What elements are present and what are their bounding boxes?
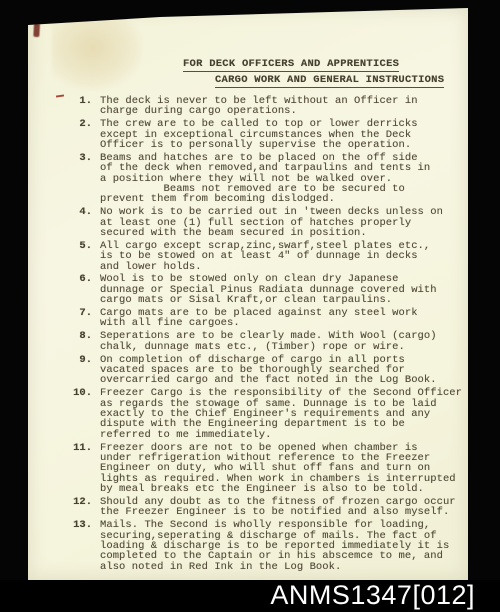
- instruction-item: 2. The crew are to be called to top or l…: [28, 119, 466, 150]
- item-text: The crew are to be called to top or lowe…: [100, 119, 418, 150]
- item-text: All cargo except scrap,zinc,swarf,steel …: [100, 241, 430, 272]
- item-number: 10.: [28, 388, 100, 440]
- instruction-item: 12. Should any doubt as to the fitness o…: [28, 497, 466, 518]
- instruction-item: 8. Seperations are to be clearly made. W…: [28, 331, 466, 352]
- item-text: Should any doubt as to the fitness of fr…: [100, 497, 456, 518]
- paper-stain: [52, 20, 142, 90]
- item-number: 11.: [28, 443, 100, 495]
- item-number: 4.: [28, 207, 100, 238]
- archive-footer-band: ANMS1347[012]: [0, 580, 500, 612]
- instruction-item: 13. Mails. The Second is wholly responsi…: [28, 520, 466, 572]
- document-page: FOR DECK OFFICERS AND APPRENTICES CARGO …: [28, 8, 468, 580]
- item-text: The deck is never to be left without an …: [100, 96, 418, 117]
- instruction-item: 4. No work is to be carried out in 'twee…: [28, 207, 466, 238]
- instruction-item: 10. Freezer Cargo is the responsibility …: [28, 388, 466, 440]
- item-text: Beams and hatches are to be placed on th…: [100, 153, 430, 205]
- instruction-item: 11. Freezer doors are not to be opened w…: [28, 443, 466, 495]
- item-number: 1.: [28, 96, 100, 117]
- item-number: 6.: [28, 274, 100, 305]
- instruction-list: 1. The deck is never to be left without …: [28, 96, 466, 575]
- catalog-number-label: ANMS1347[012]: [270, 580, 475, 610]
- item-text: Freezer Cargo is the responsibility of t…: [100, 388, 462, 440]
- item-number: 12.: [28, 497, 100, 518]
- instruction-item: 7. Cargo mats are to be placed against a…: [28, 308, 466, 329]
- item-text: No work is to be carried out in 'tween d…: [100, 207, 443, 238]
- item-text: On completion of discharge of cargo in a…: [100, 355, 437, 386]
- item-text: Cargo mats are to be placed against any …: [100, 308, 418, 329]
- item-number: 9.: [28, 355, 100, 386]
- instruction-item: 1. The deck is never to be left without …: [28, 96, 466, 117]
- red-corner-mark: [33, 10, 40, 37]
- instruction-item: 6. Wool is to be stowed only on clean dr…: [28, 274, 466, 305]
- item-number: 5.: [28, 241, 100, 272]
- instruction-item: 5. All cargo except scrap,zinc,swarf,ste…: [28, 241, 466, 272]
- item-text: Freezer doors are not to be opened when …: [100, 443, 456, 495]
- item-text: Wool is to be stowed only on clean dry J…: [100, 274, 437, 305]
- instruction-item: 9. On completion of discharge of cargo i…: [28, 355, 466, 386]
- item-text: Seperations are to be clearly made. With…: [100, 331, 437, 352]
- document-title-line2: CARGO WORK AND GENERAL INSTRUCTIONS: [215, 75, 444, 88]
- document-title-line1: FOR DECK OFFICERS AND APPRENTICES: [183, 59, 399, 72]
- item-number: 3.: [28, 153, 100, 205]
- scanned-document-background: FOR DECK OFFICERS AND APPRENTICES CARGO …: [0, 0, 500, 612]
- item-text: Mails. The Second is wholly responsible …: [100, 520, 449, 572]
- item-number: 2.: [28, 119, 100, 150]
- item-number: 13.: [28, 520, 100, 572]
- item-number: 8.: [28, 331, 100, 352]
- instruction-item: 3. Beams and hatches are to be placed on…: [28, 153, 466, 205]
- item-number: 7.: [28, 308, 100, 329]
